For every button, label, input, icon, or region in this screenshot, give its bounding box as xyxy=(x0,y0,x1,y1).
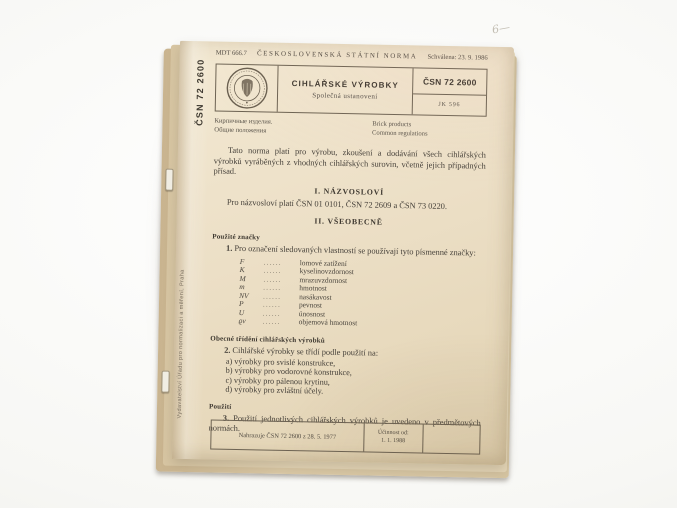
header-table: CIHLÁŘSKÉ VÝROBKY Společná ustanovení ČS… xyxy=(215,64,488,117)
symbol-label: pevnost xyxy=(299,301,322,309)
leader-dots: ...... xyxy=(264,268,300,276)
title-cell: CIHLÁŘSKÉ VÝROBKY Společná ustanovení xyxy=(278,66,413,115)
stamp-cell xyxy=(216,65,279,112)
clause-number: 2. xyxy=(224,346,230,355)
english-translation: Brick products Common regulations xyxy=(372,121,428,139)
effective-date-cell: Účinnost od: 1. 1. 1988 xyxy=(364,423,423,452)
leader-dots: ...... xyxy=(263,293,299,301)
standard-booklet: ČSN 72 2600 Vydavatelství Úřadu pro norm… xyxy=(172,41,514,465)
clause-number: 1. xyxy=(226,244,232,253)
staple-icon xyxy=(165,169,173,191)
scope-paragraph: Tato norma platí pro výrobu, zkoušení a … xyxy=(213,146,486,183)
leader-dots: ...... xyxy=(263,285,299,293)
leader-dots: ...... xyxy=(264,259,300,267)
footer-table: Nahrazuje ČSN 72 2600 z 28. 5. 1977 Účin… xyxy=(210,419,481,454)
staple-icon xyxy=(161,371,169,393)
norm-type-label: ČESKOSLOVENSKÁ STÁTNÍ NORMA xyxy=(257,50,417,60)
document-title: CIHLÁŘSKÉ VÝROBKY xyxy=(292,79,399,90)
russian-translation: Кирпичные изделия. Общие положения xyxy=(214,118,372,138)
code-cell: ČSN 72 2600 JK 596 xyxy=(412,68,487,115)
official-seal-icon xyxy=(224,66,269,111)
section-1-body: Pro názvosloví platí ČSN 01 0101, ČSN 72… xyxy=(213,197,485,213)
english-line: Common regulations xyxy=(372,129,428,139)
russian-line: Общие положения xyxy=(214,126,372,138)
title-translations: Кирпичные изделия. Общие положения Brick… xyxy=(214,118,486,141)
section-2-heading: II. VŠEOBECNĚ xyxy=(213,215,485,229)
classification-list: a) výrobky pro svislé konstrukce, b) výr… xyxy=(225,357,482,399)
page-content: MDT 666.7 ČESKOSLOVENSKÁ STÁTNÍ NORMA Sc… xyxy=(172,41,514,465)
standard-number: ČSN 72 2600 xyxy=(413,68,486,96)
top-classification-line: MDT 666.7 ČESKOSLOVENSKÁ STÁTNÍ NORMA Sc… xyxy=(216,50,488,62)
effective-date: 1. 1. 1988 xyxy=(381,438,405,446)
leader-dots: ...... xyxy=(263,310,299,318)
replaces-note: Nahrazuje ČSN 72 2600 z 28. 5. 1977 xyxy=(211,421,364,452)
symbol: ϱv xyxy=(239,317,263,325)
document-subtitle: Společná ustanovení xyxy=(312,91,377,100)
symbol-label: objemová hmotnost xyxy=(299,318,358,327)
clause-text: Pro označení sledovaných vlastností se p… xyxy=(234,244,476,258)
photo-scene: 6— ČSN 72 2600 Vydavatelství Úřadu pro n… xyxy=(0,0,677,508)
jk-code: JK 596 xyxy=(413,95,486,116)
symbol-legend: F......lomové zatížení K......kyselinovz… xyxy=(239,258,484,331)
clause-text: Cihlářské výrobky se třídí podle použití… xyxy=(232,346,378,358)
empty-cell xyxy=(423,425,480,454)
leader-dots: ...... xyxy=(263,302,299,310)
mdt-code: MDT 666.7 xyxy=(216,50,247,58)
leader-dots: ...... xyxy=(263,319,299,327)
symbol: P xyxy=(239,300,263,308)
approval-date: Schválena: 23. 9. 1986 xyxy=(427,54,487,62)
section-1-heading: I. NÁZVOSLOVÍ xyxy=(213,184,485,198)
leader-dots: ...... xyxy=(263,276,299,284)
front-page: ČSN 72 2600 Vydavatelství Úřadu pro norm… xyxy=(172,41,514,465)
pencil-annotation: 6— xyxy=(491,21,511,37)
